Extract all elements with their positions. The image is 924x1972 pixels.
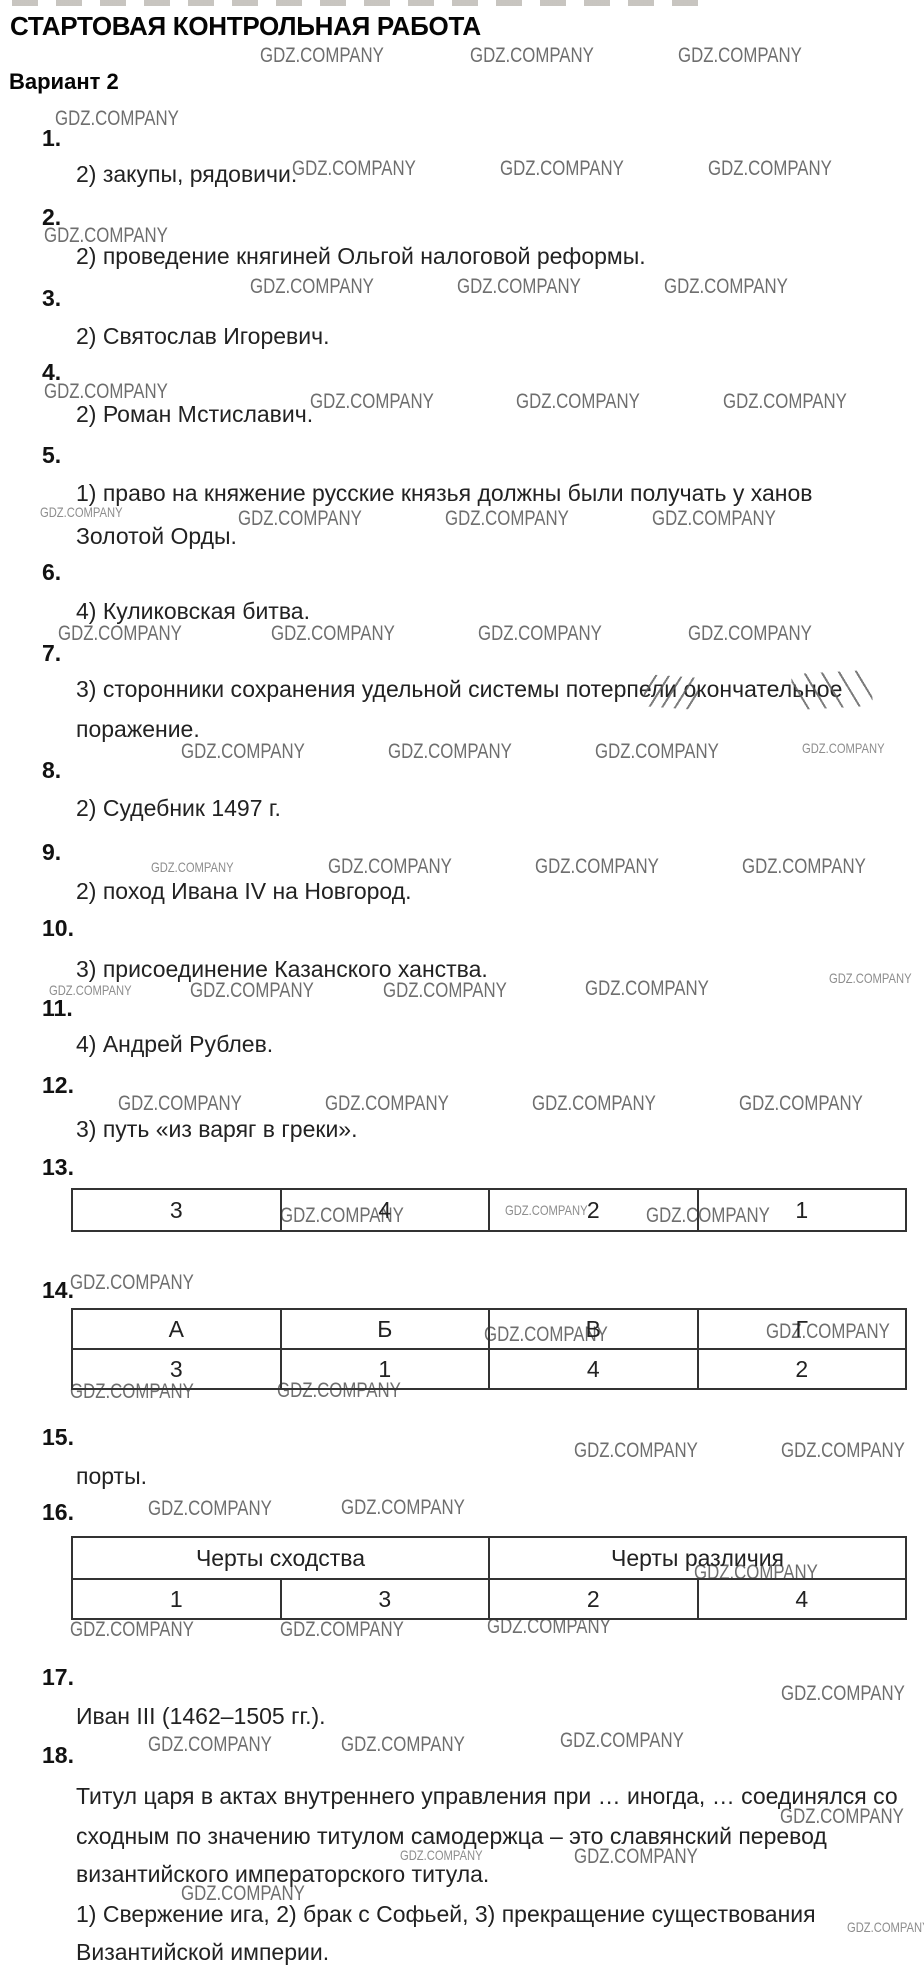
watermark-text: GDZ.COMPANY (829, 971, 912, 985)
watermark-text: GDZ.COMPANY (535, 856, 659, 877)
document-page: СТАРТОВАЯ КОНТРОЛЬНАЯ РАБОТА Вариант 2 G… (0, 0, 924, 1972)
watermark-text: GDZ.COMPANY (260, 45, 384, 66)
watermark-text: GDZ.COMPANY (58, 623, 182, 644)
table-header-cell: Черты сходства (72, 1537, 489, 1579)
watermark-text: GDZ.COMPANY (470, 45, 594, 66)
question-number: 10. (42, 916, 74, 941)
table-cell: 3 (281, 1579, 490, 1619)
answer-line: 2) Роман Мстиславич. (76, 401, 313, 427)
watermark-text: GDZ.COMPANY (516, 391, 640, 412)
answer-line: Золотой Орды. (76, 523, 237, 549)
watermark-text: GDZ.COMPANY (847, 1920, 924, 1934)
table-cell: 4 (698, 1579, 907, 1619)
question-number: 2. (42, 205, 61, 230)
answer-line: византийского императорского титула. (76, 1861, 489, 1887)
watermark-text: GDZ.COMPANY (678, 45, 802, 66)
question-number: 12. (42, 1073, 74, 1098)
watermark-text: GDZ.COMPANY (652, 508, 776, 529)
question-number: 3. (42, 286, 61, 311)
question-number: 9. (42, 840, 61, 865)
watermark-text: GDZ.COMPANY (250, 276, 374, 297)
watermark-text: GDZ.COMPANY (400, 1848, 483, 1862)
question-number: 15. (42, 1425, 74, 1450)
watermark-text: GDZ.COMPANY (708, 158, 832, 179)
answer-line: поражение. (76, 716, 200, 742)
watermark-text: GDZ.COMPANY (280, 1619, 404, 1640)
answer-table: 3421 (71, 1188, 907, 1232)
watermark-text: GDZ.COMPANY (118, 1093, 242, 1114)
watermark-text: GDZ.COMPANY (560, 1730, 684, 1751)
scan-artifact (12, 0, 705, 6)
watermark-text: GDZ.COMPANY (151, 860, 234, 874)
answer-line: 4) Куликовская битва. (76, 598, 310, 624)
watermark-text: GDZ.COMPANY (148, 1734, 272, 1755)
table-cell: А (72, 1309, 281, 1349)
question-number: 11. (42, 996, 73, 1021)
table-cell: 1 (281, 1349, 490, 1389)
watermark-text: GDZ.COMPANY (328, 856, 452, 877)
watermark-text: GDZ.COMPANY (742, 856, 866, 877)
pen-scribble (643, 674, 699, 710)
watermark-text: GDZ.COMPANY (292, 158, 416, 179)
table-cell: 4 (489, 1349, 698, 1389)
watermark-text: GDZ.COMPANY (271, 623, 395, 644)
watermark-text: GDZ.COMPANY (445, 508, 569, 529)
watermark-text: GDZ.COMPANY (457, 276, 581, 297)
answer-line: сходным по значению титулом самодержца –… (76, 1823, 827, 1849)
watermark-text: GDZ.COMPANY (802, 741, 885, 755)
answer-line: 2) закупы, рядовичи. (76, 161, 297, 187)
watermark-text: GDZ.COMPANY (70, 1619, 194, 1640)
answer-line: 3) присоединение Казанского ханства. (76, 956, 488, 982)
question-number: 13. (42, 1155, 74, 1180)
watermark-text: GDZ.COMPANY (55, 108, 179, 129)
watermark-text: GDZ.COMPANY (595, 741, 719, 762)
answer-line: Византийской империи. (76, 1939, 329, 1965)
table-cell: 2 (489, 1189, 698, 1231)
answer-line: 1) Свержение ига, 2) брак с Софьей, 3) п… (76, 1901, 816, 1927)
watermark-text: GDZ.COMPANY (325, 1093, 449, 1114)
table-cell: В (489, 1309, 698, 1349)
watermark-text: GDZ.COMPANY (688, 623, 812, 644)
watermark-text: GDZ.COMPANY (148, 1498, 272, 1519)
question-number: 6. (42, 560, 61, 585)
question-number: 16. (42, 1500, 74, 1525)
watermark-text: GDZ.COMPANY (781, 1440, 905, 1461)
table-cell: Б (281, 1309, 490, 1349)
answer-line: 4) Андрей Рублев. (76, 1031, 273, 1057)
watermark-text: GDZ.COMPANY (739, 1093, 863, 1114)
watermark-text: GDZ.COMPANY (310, 391, 434, 412)
table-cell: Г (698, 1309, 907, 1349)
question-number: 8. (42, 758, 61, 783)
answer-line: 2) Судебник 1497 г. (76, 795, 281, 821)
question-number: 4. (42, 360, 61, 385)
watermark-text: GDZ.COMPANY (190, 980, 314, 1001)
watermark-text: GDZ.COMPANY (723, 391, 847, 412)
watermark-text: GDZ.COMPANY (44, 381, 168, 402)
watermark-text: GDZ.COMPANY (70, 1272, 194, 1293)
table-cell: 3 (72, 1349, 281, 1389)
answer-line: 3) сторонники сохранения удельной систем… (76, 676, 842, 702)
watermark-text: GDZ.COMPANY (574, 1440, 698, 1461)
question-number: 18. (42, 1743, 74, 1768)
watermark-text: GDZ.COMPANY (532, 1093, 656, 1114)
question-number: 17. (42, 1665, 74, 1690)
watermark-text: GDZ.COMPANY (388, 741, 512, 762)
question-number: 7. (42, 641, 61, 666)
question-number: 14. (42, 1278, 74, 1303)
answer-line: 2) Святослав Игоревич. (76, 323, 329, 349)
table-cell: 2 (698, 1349, 907, 1389)
watermark-text: GDZ.COMPANY (181, 741, 305, 762)
table-cell: 1 (72, 1579, 281, 1619)
answer-line: 1) право на княжение русские князья долж… (76, 480, 812, 506)
answer-line: 2) поход Ивана IV на Новгород. (76, 878, 412, 904)
answer-table: Черты сходстваЧерты различия1324 (71, 1536, 907, 1620)
document-title: СТАРТОВАЯ КОНТРОЛЬНАЯ РАБОТА (10, 11, 481, 42)
table-cell: 1 (698, 1189, 907, 1231)
question-number: 5. (42, 443, 61, 468)
question-number: 1. (42, 126, 61, 151)
watermark-text: GDZ.COMPANY (40, 505, 123, 519)
table-cell: 3 (72, 1189, 281, 1231)
watermark-text: GDZ.COMPANY (781, 1683, 905, 1704)
table-header-cell: Черты различия (489, 1537, 906, 1579)
watermark-text: GDZ.COMPANY (664, 276, 788, 297)
answer-line: 2) проведение княгиней Ольгой налоговой … (76, 243, 646, 269)
answer-line: Иван III (1462–1505 гг.). (76, 1703, 326, 1729)
answer-table: АБВГ3142 (71, 1308, 907, 1390)
watermark-text: GDZ.COMPANY (341, 1734, 465, 1755)
watermark-text: GDZ.COMPANY (585, 978, 709, 999)
variant-label: Вариант 2 (9, 69, 119, 95)
pen-scribble (791, 670, 873, 710)
watermark-text: GDZ.COMPANY (383, 980, 507, 1001)
watermark-text: GDZ.COMPANY (238, 508, 362, 529)
answer-line: порты. (76, 1463, 147, 1489)
watermark-text: GDZ.COMPANY (341, 1497, 465, 1518)
table-cell: 4 (281, 1189, 490, 1231)
table-cell: 2 (489, 1579, 698, 1619)
watermark-text: GDZ.COMPANY (500, 158, 624, 179)
answer-line: Титул царя в актах внутреннего управлени… (76, 1783, 898, 1809)
answer-line: 3) путь «из варяг в греки». (76, 1116, 357, 1142)
watermark-text: GDZ.COMPANY (478, 623, 602, 644)
